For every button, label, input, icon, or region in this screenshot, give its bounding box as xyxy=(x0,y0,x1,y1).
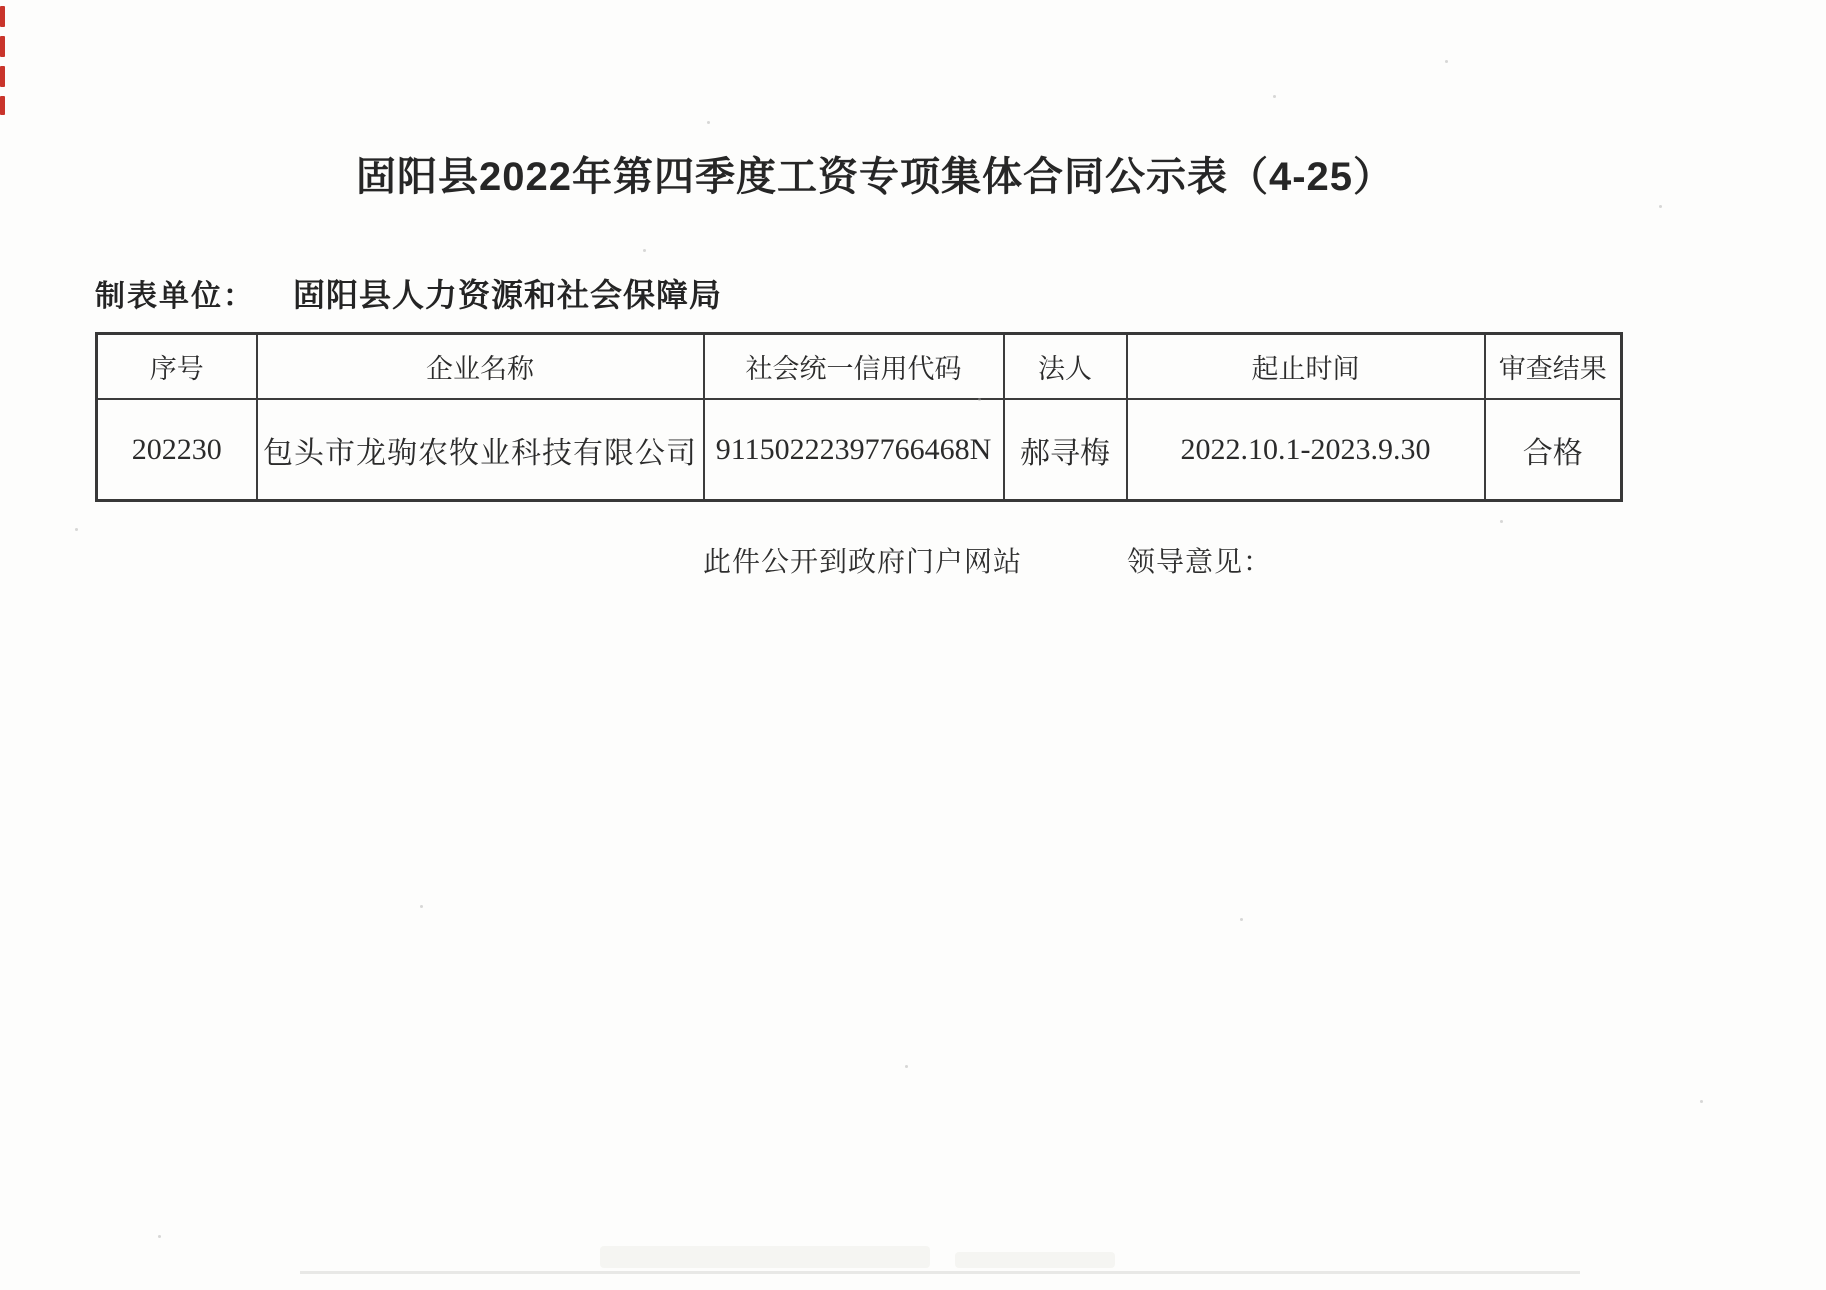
scan-speckle xyxy=(1273,95,1276,98)
scan-speckle xyxy=(430,457,433,460)
scan-speckle xyxy=(643,249,646,252)
scan-smudge xyxy=(600,1246,930,1268)
scan-speckle xyxy=(1500,520,1503,523)
cell-credit-code: 91150222397766468N xyxy=(704,399,1004,501)
header-serial: 序号 xyxy=(97,334,257,400)
red-edge-mark xyxy=(0,36,5,57)
scan-speckle xyxy=(1240,918,1243,921)
prepared-by-row: 制表单位： 固阳县人力资源和社会保障局 xyxy=(95,270,722,316)
header-legal-person: 法人 xyxy=(1004,334,1127,400)
header-review-result: 审查结果 xyxy=(1485,334,1622,400)
prepared-by-label: 制表单位： xyxy=(95,271,255,315)
table-row: 202230 包头市龙驹农牧业科技有限公司 91150222397766468N… xyxy=(97,399,1622,501)
cell-legal-person: 郝寻梅 xyxy=(1004,399,1127,501)
cell-period: 2022.10.1-2023.9.30 xyxy=(1127,399,1485,501)
page-title: 固阳县2022年第四季度工资专项集体合同公示表（4-25） xyxy=(200,148,1550,206)
scan-smudge xyxy=(955,1252,1115,1268)
header-period: 起止时间 xyxy=(1127,334,1485,400)
scanned-document-page: 固阳县2022年第四季度工资专项集体合同公示表（4-25） 制表单位： 固阳县人… xyxy=(0,0,1826,1290)
scan-speckle xyxy=(420,905,423,908)
footnote-leader-opinion: 领导意见： xyxy=(1127,540,1272,580)
scan-speckle xyxy=(905,1065,908,1068)
red-edge-mark xyxy=(0,66,5,87)
scan-speckle xyxy=(1445,60,1448,63)
cell-serial: 202230 xyxy=(97,399,257,501)
header-company: 企业名称 xyxy=(257,334,704,400)
scan-speckle xyxy=(158,1235,161,1238)
publicity-table: 序号 企业名称 社会统一信用代码 法人 起止时间 审查结果 202230 包头市… xyxy=(95,332,1623,502)
cell-review-result: 合格 xyxy=(1485,399,1622,501)
scan-edge-line xyxy=(300,1271,1580,1274)
table-header-row: 序号 企业名称 社会统一信用代码 法人 起止时间 审查结果 xyxy=(97,334,1622,400)
scan-speckle xyxy=(75,528,78,531)
scan-speckle xyxy=(1659,205,1662,208)
red-edge-mark xyxy=(0,6,5,27)
scan-speckle xyxy=(978,398,981,401)
red-edge-mark xyxy=(0,96,5,115)
prepared-by-value: 固阳县人力资源和社会保障局 xyxy=(293,270,722,316)
footnote-publicity: 此件公开到政府门户网站 xyxy=(703,540,1022,580)
scan-speckle xyxy=(1700,1100,1703,1103)
cell-company: 包头市龙驹农牧业科技有限公司 xyxy=(257,399,704,501)
header-credit-code: 社会统一信用代码 xyxy=(704,334,1004,400)
scan-speckle xyxy=(707,121,710,124)
